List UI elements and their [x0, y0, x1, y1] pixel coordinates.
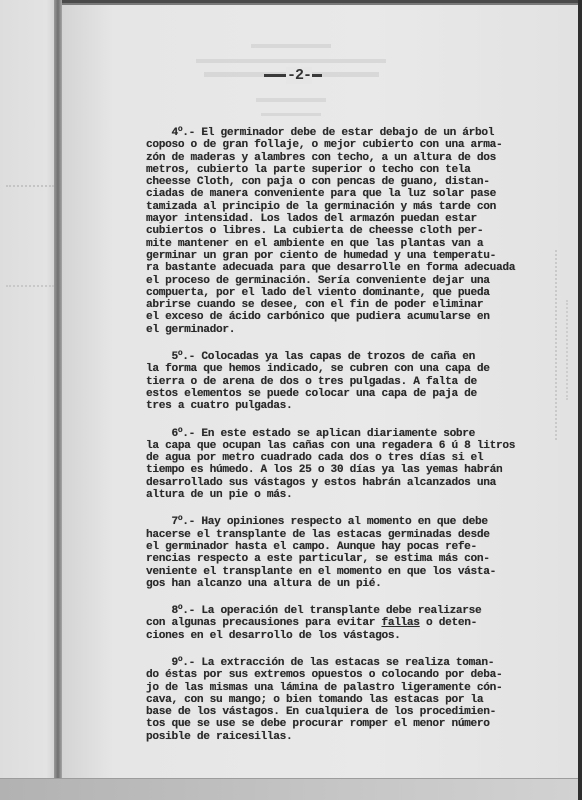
paragraph-6: 6o.- En este estado se aplican diariamen…: [146, 425, 566, 502]
paragraph-number: 4o.-: [171, 127, 201, 139]
underlying-page-marks: [6, 185, 54, 195]
document-body: 4o.- El germinador debe de estar debajo …: [146, 124, 566, 755]
paragraph-8: 8o.- La operación del transplante debe r…: [146, 602, 566, 642]
paragraph-number: 7o.-: [171, 516, 201, 528]
paragraph-7: 7o.- Hay opiniones respecto al momento e…: [146, 513, 566, 590]
underlying-page-marks: [6, 285, 54, 293]
paragraph-text: En este estado se aplican diariamente so…: [146, 428, 515, 501]
page-number-dash-left: [264, 74, 286, 77]
scanner-bed-bottom: [0, 778, 582, 800]
paragraph-5: 5o.- Colocadas ya las capas de trozos de…: [146, 348, 566, 412]
paragraph-9: 9o.- La extracción de las estacas se rea…: [146, 654, 566, 743]
paragraph-number: 5o.-: [171, 351, 201, 363]
bleed-through-letterhead-line: [0, 103, 582, 121]
paragraph-number: 9o.-: [171, 657, 201, 669]
scanned-document: -2- 4o.- El germinador debe de estar deb…: [0, 0, 582, 800]
paragraph-text: El germinador debe de estar debajo de un…: [146, 127, 515, 336]
scan-right-edge: [578, 0, 582, 800]
underlined-word: fallas: [381, 617, 419, 629]
paragraph-text: La extracción de las estacas se realiza …: [146, 657, 502, 743]
paragraph-number: 6o.-: [171, 428, 201, 440]
page-number: -2-: [286, 67, 312, 84]
paragraph-4: 4o.- El germinador debe de estar debajo …: [146, 124, 566, 336]
paragraph-number: 8o.-: [171, 605, 201, 617]
margin-stamp-marks: [566, 300, 571, 400]
